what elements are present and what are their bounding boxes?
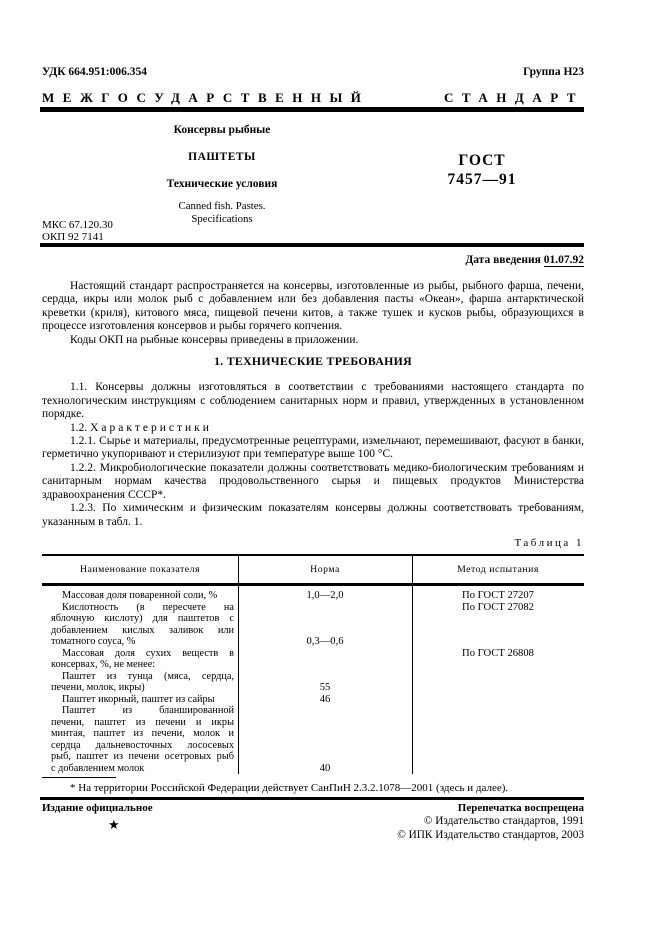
table-header-method: Метод испытания [412,556,584,583]
table-name-line: Паштет из тунца (мяса, сердца, [42,671,238,683]
okp-code: ОКП 92 7141 [42,232,113,244]
footnote-rule [42,777,116,778]
copyright-line-2: © ИПК Издательство стандартов, 2003 [42,829,584,843]
table-header-norm: Норма [238,556,412,583]
table-name-line: Паштет из бланшированной [42,705,238,717]
thick-rule-bottom [40,797,584,800]
table-name-line: Паштет икорный, паштет из сайры [42,694,238,706]
table-method-value: По ГОСТ 26808 [412,648,584,660]
table-divider-2 [412,556,413,774]
table-name-line: рыб, паштет из печени осетровых рыб [42,751,238,763]
codes-row: УДК 664.951:006.354 Группа Н23 [42,66,584,78]
requirements-table: Наименование показателя Норма Метод испы… [42,554,584,774]
standard-type-banner: МЕЖГОСУДАРСТВЕННЫЙ СТАНДАРТ [42,90,584,106]
table-name-line: Массовая доля сухих веществ в [42,648,238,660]
table-name-line: добавлением кислых заливок или [42,625,238,637]
standard-type-word-2: СТАНДАРТ [444,90,584,106]
table-name-line: консервах, %, не менее: [42,659,238,671]
date-label: Дата введения [465,254,541,266]
udk-code: УДК 664.951:006.354 [42,66,147,78]
table-name-line: томатного соуса, % [42,636,238,648]
table-body: Массовая доля поваренной соли, %Кислотно… [42,586,584,774]
table-name-line: печени, молок, икры) [42,682,238,694]
table-column-method: По ГОСТ 27207По ГОСТ 27082По ГОСТ 26808 [412,586,584,774]
table-method-value: По ГОСТ 27082 [412,602,584,614]
scope-paragraph-1: Настоящий стандарт распространяется на к… [42,280,584,334]
official-edition-label: Издание официальное [42,802,153,814]
table-name-line: Массовая доля поваренной соли, % [42,590,238,602]
paragraph-1-2-word: Характеристики [90,422,212,434]
footnote-text: * На территории Российской Федерации дей… [42,782,584,795]
table-column-norm: 1,0—2,00,3—0,6554640 [238,586,412,774]
group-code: Группа Н23 [523,66,584,78]
paragraph-1-1: 1.1. Консервы должны изготовляться в соо… [42,381,584,421]
table-method-value: По ГОСТ 27207 [412,590,584,602]
reprint-prohibited-label: Перепечатка воспрещена [458,802,584,814]
paragraph-1-2-2: 1.2.2. Микробиологические показатели дол… [42,462,584,502]
table-norm-value: 0,3—0,6 [238,636,412,648]
thick-rule-mid [40,243,584,247]
title-block: Консервы рыбные ПАШТЕТЫ Технические усло… [42,124,402,225]
table-header-name: Наименование показателя [42,556,238,583]
table-name-line: печени, паштет из печени и икры [42,717,238,729]
thick-rule-top [40,107,584,112]
title-ru-line3: Технические условия [42,178,402,191]
gost-number: 7457—91 [402,170,562,189]
standard-type-word-1: МЕЖГОСУДАРСТВЕННЫЙ [42,90,369,106]
table-divider-1 [238,556,239,774]
table-norm-value: 40 [238,763,412,775]
footer-row: Издание официальное Перепечатка воспреще… [42,802,584,814]
table-name-line: с добавлением молок [42,763,238,775]
paragraph-1-2-1: 1.2.1. Сырье и материалы, предусмотренны… [42,435,584,462]
table-name-line: сердца дальневосточных лососевых [42,740,238,752]
document-body: Настоящий стандарт распространяется на к… [42,280,584,796]
classification-codes: МКС 67.120.30 ОКП 92 7141 [42,220,113,244]
table-norm-value: 55 [238,682,412,694]
table-name-line: минтая, паштет из печени, молок и [42,728,238,740]
paragraph-1-2: 1.2. Характеристики [42,422,584,435]
date-value: 01.07.92 [544,254,584,267]
section-1-heading: 1. ТЕХНИЧЕСКИЕ ТРЕБОВАНИЯ [42,355,584,368]
table-name-line: яблочную кислоту) для паштетов с [42,613,238,625]
table-column-names: Массовая доля поваренной соли, %Кислотно… [42,586,238,774]
title-ru-line2: ПАШТЕТЫ [42,151,402,164]
paragraph-1-2-3: 1.2.3. По химическим и физическим показа… [42,502,584,529]
title-en-line1: Canned fish. Pastes. [42,200,402,213]
title-ru-line1: Консервы рыбные [42,124,402,137]
copyright-block: © Издательство стандартов, 1991 © ИПК Из… [42,815,584,842]
table-name-line: Кислотность (в пересчете на [42,602,238,614]
table-norm-value: 1,0—2,0 [238,590,412,602]
introduction-date: Дата введения 01.07.92 [42,254,584,266]
gost-label: ГОСТ [402,151,562,170]
copyright-line-1: © Издательство стандартов, 1991 [42,815,584,829]
star-mark: ★ [108,817,120,833]
paragraph-1-2-number: 1.2. [70,422,87,434]
scope-paragraph-2: Коды ОКП на рыбные консервы приведены в … [42,334,584,347]
gost-designation: ГОСТ 7457—91 [402,151,562,189]
table-norm-value: 46 [238,694,412,706]
table-header-row: Наименование показателя Норма Метод испы… [42,556,584,586]
table-caption: Таблица 1 [42,537,584,550]
gost-document-page: УДК 664.951:006.354 Группа Н23 МЕЖГОСУДА… [0,0,661,936]
